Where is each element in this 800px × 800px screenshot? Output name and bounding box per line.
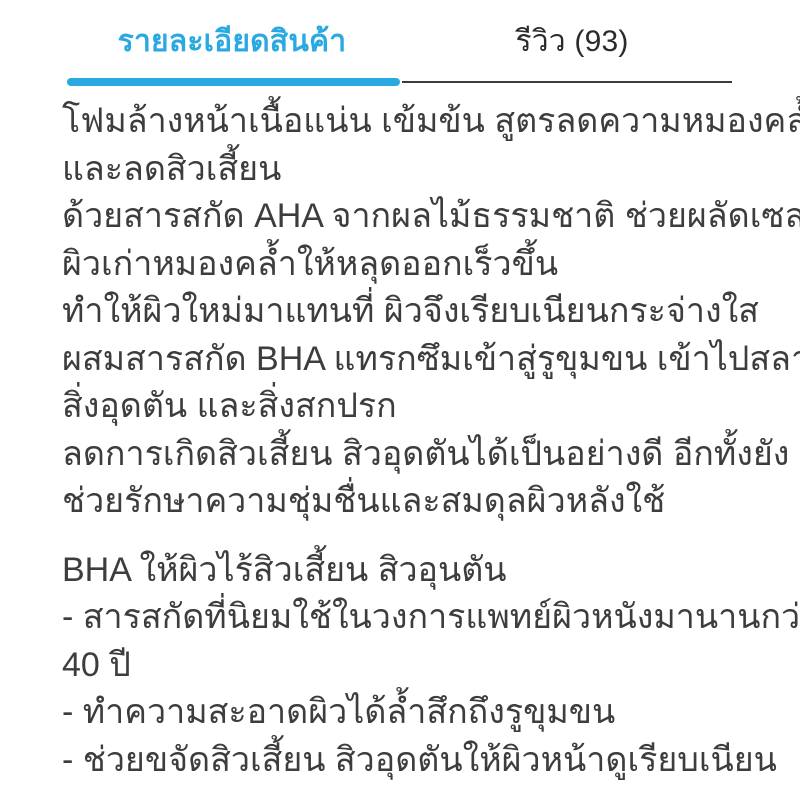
product-description: โฟมล้างหน้าเนื้อแน่น เข้มข้น สูตรลดความห… (62, 98, 742, 784)
description-line: โฟมล้างหน้าเนื้อแน่น เข้มข้น สูตรลดความห… (62, 98, 742, 146)
description-line: สิ่งอุดตัน และสิ่งสกปรก (62, 383, 742, 431)
description-paragraph-2: BHA ให้ผิวไร้สิวเสี้ยน สิวอุนตัน - สารสก… (62, 547, 742, 785)
tab-product-details[interactable]: รายละเอียดสินค้า (62, 22, 402, 86)
description-line: ช่วยรักษาความชุ่มชื่นและสมดุลผิวหลังใช้ (62, 478, 742, 526)
description-line: ผสมสารสกัด BHA แทรกซึมเข้าสู่รูขุมขน เข้… (62, 336, 742, 384)
description-line: ด้วยสารสกัด AHA จากผลไม้ธรรมชาติ ช่วยผลั… (62, 193, 742, 241)
tab-product-details-label: รายละเอียดสินค้า (118, 22, 347, 62)
active-tab-underline (67, 78, 400, 86)
description-line: ลดการเกิดสิวเสี้ยน สิวอุดตันได้เป็นอย่าง… (62, 431, 742, 479)
tab-reviews[interactable]: รีวิว (93) (402, 22, 742, 86)
tab-reviews-label: รีวิว (93) (515, 22, 628, 62)
description-line: และลดสิวเสี้ยน (62, 146, 742, 194)
description-line: ผิวเก่าหมองคล้ำให้หลุดออกเร็วขึ้น (62, 241, 742, 289)
description-paragraph-1: โฟมล้างหน้าเนื้อแน่น เข้มข้น สูตรลดความห… (62, 98, 742, 526)
description-line: ทำให้ผิวใหม่มาแทนที่ ผิวจึงเรียบเนียนกระ… (62, 288, 742, 336)
tab-bar: รายละเอียดสินค้า รีวิว (93) (62, 22, 742, 86)
description-line: - ทำความสะอาดผิวได้ล้ำสึกถึงรูขุมขน (62, 689, 742, 737)
description-line: 40 ปี (62, 642, 742, 690)
description-line: BHA ให้ผิวไร้สิวเสี้ยน สิวอุนตัน (62, 547, 742, 595)
inactive-tab-underline (402, 81, 732, 83)
description-line: - ช่วยขจัดสิวเสี้ยน สิวอุดตันให้ผิวหน้าด… (62, 737, 742, 785)
product-page: รายละเอียดสินค้า รีวิว (93) โฟมล้างหน้าเ… (0, 0, 800, 800)
description-line: - สารสกัดที่นิยมใช้ในวงการแพทย์ผิวหนังมา… (62, 594, 742, 642)
